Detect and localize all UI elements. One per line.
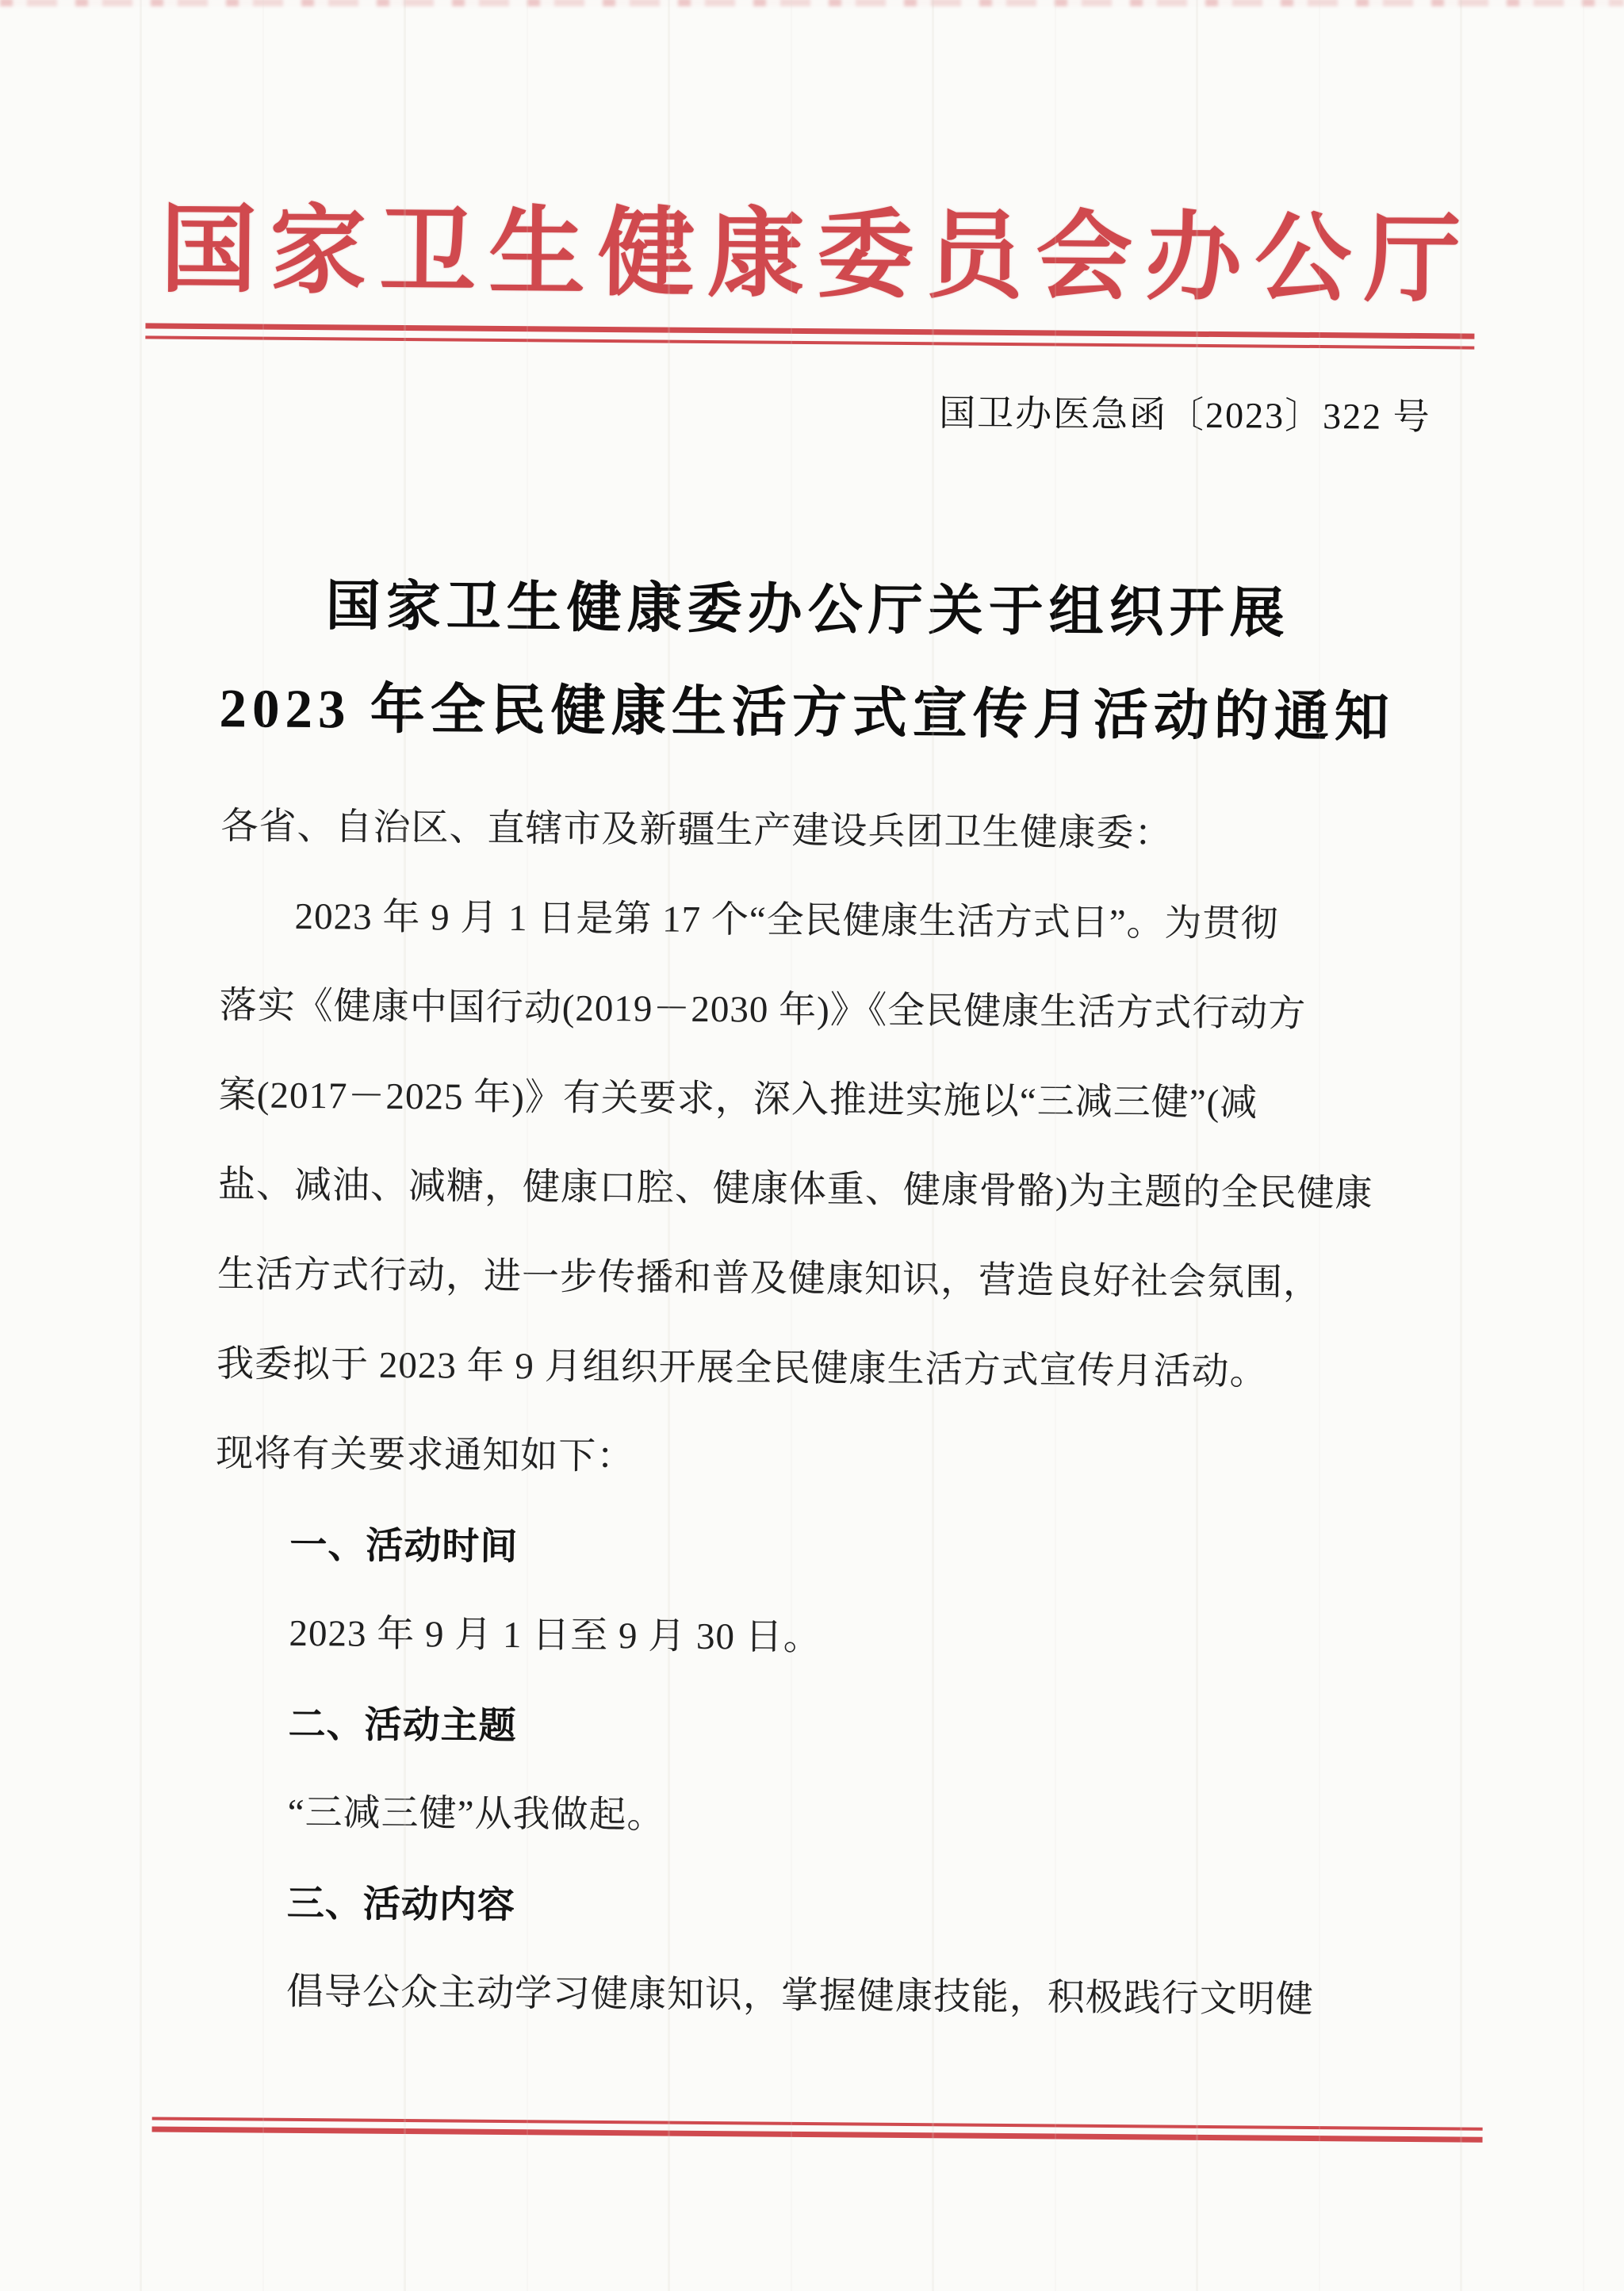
- paragraph-line: 落实《健康中国行动(2019－2030 年)》《全民健康生活方式行动方: [219, 961, 1450, 1060]
- paragraph-line: 生活方式行动，进一步传播和普及健康知识，营造良好社会氛围，: [217, 1230, 1449, 1329]
- section-body-activity-time: 2023 年 9 月 1 日至 9 月 30 日。: [214, 1588, 1446, 1688]
- paragraph-line: 现将有关要求通知如下：: [216, 1409, 1447, 1508]
- section-heading-activity-time: 一、活动时间: [215, 1499, 1446, 1598]
- paragraph-line: 盐、减油、减糖，健康口腔、健康体重、健康骨骼)为主题的全民健康: [218, 1140, 1450, 1239]
- footer-divider: [152, 2117, 1483, 2143]
- letterhead-divider: [145, 323, 1474, 349]
- document-number: 国卫办医急函〔2023〕322 号: [0, 384, 1622, 441]
- letterhead-title: 国家卫生健康委员会办公厅: [0, 193, 1623, 319]
- section-body-activity-content: 倡导公众主动学习健康知识，掌握健康技能，积极践行文明健: [212, 1947, 1443, 2046]
- paragraph-line: 我委拟于 2023 年 9 月组织开展全民健康生活方式宣传月活动。: [216, 1320, 1448, 1419]
- section-heading-activity-theme: 二、活动主题: [213, 1678, 1445, 1777]
- scan-artifact-top-edge: [0, 0, 1624, 6]
- notice-title-line-2: 2023 年全民健康生活方式宣传月活动的通知: [0, 655, 1619, 771]
- paragraph-line: 案(2017－2025 年)》有关要求，深入推进实施以“三减三健”(减: [218, 1051, 1450, 1150]
- paragraph-line: 2023 年 9 月 1 日是第 17 个“全民健康生活方式日”。为贯彻: [220, 872, 1451, 971]
- section-heading-activity-content: 三、活动内容: [212, 1857, 1443, 1956]
- document-page: 国家卫生健康委员会办公厅 国卫办医急函〔2023〕322 号 国家卫生健康委办公…: [0, 0, 1624, 2291]
- notice-title-line-1: 国家卫生健康委办公厅关于组织开展: [0, 552, 1620, 668]
- divider-line-thin: [145, 335, 1474, 349]
- section-body-activity-theme: “三减三健”从我做起。: [213, 1768, 1444, 1867]
- document-body: 各省、自治区、直辖市及新疆生产建设兵团卫生健康委： 2023 年 9 月 1 日…: [0, 780, 1618, 2048]
- notice-title: 国家卫生健康委办公厅关于组织开展 2023 年全民健康生活方式宣传月活动的通知: [0, 552, 1620, 771]
- document-content: 国家卫生健康委员会办公厅 国卫办医急函〔2023〕322 号 国家卫生健康委办公…: [0, 0, 1624, 2291]
- salutation: 各省、自治区、直辖市及新疆生产建设兵团卫生健康委：: [220, 782, 1452, 881]
